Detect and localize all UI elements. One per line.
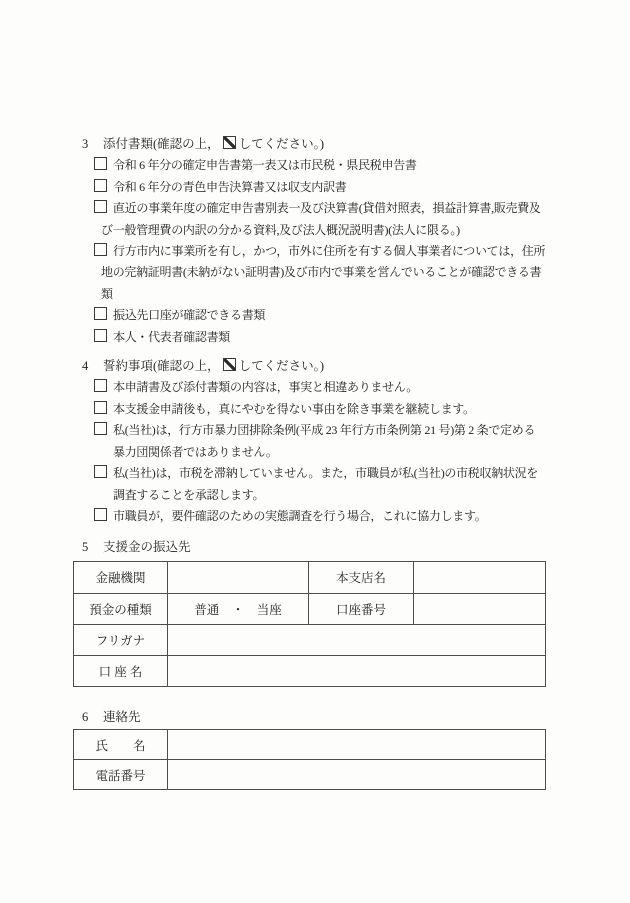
section-attachments: 3添付書類(確認の上，してください。) 令和 6 年分の確定申告書第一表又は市民… bbox=[0, 134, 630, 348]
attachment-item-certificate: 行方市内に事業所を有し，かつ，市外に住所を有する個人事業者については，住所 地の… bbox=[94, 241, 560, 305]
checkbox-icon[interactable] bbox=[94, 157, 107, 170]
attachment-item-bank-account-proof: 振込先口座が確認できる書類 bbox=[94, 305, 560, 326]
checkbox-icon[interactable] bbox=[94, 243, 107, 256]
section-number: 4 bbox=[82, 356, 103, 377]
phone-number-cell[interactable] bbox=[168, 760, 546, 790]
check-item-label: 振込先口座が確認できる書類 bbox=[113, 308, 265, 322]
checked-checkbox-icon bbox=[223, 358, 236, 371]
checkbox-icon[interactable] bbox=[94, 422, 107, 435]
section-title-pre: 添付書類(確認の上， bbox=[103, 137, 220, 151]
attachment-item-corporate-statements: 直近の事業年度の確定申告書別表一及び決算書(貸借対照表，損益計算書,販売費及 び… bbox=[94, 198, 560, 241]
table-row: 口 座 名 bbox=[74, 655, 546, 686]
check-item-label: 本人・代表者確認書類 bbox=[113, 330, 230, 344]
account-name-cell[interactable] bbox=[168, 655, 546, 686]
section-number: 5 bbox=[82, 537, 103, 558]
table-row: 金融機関 本支店名 bbox=[74, 561, 546, 593]
check-item-label: 行方市内に事業所を有し，かつ，市外に住所を有する個人事業者については，住所 地の… bbox=[101, 244, 545, 301]
pledge-item-no-tax-delinquency: 私(当社)は，市税を滞納していません。また，市職員が私(当社)の市税収納状況を … bbox=[94, 463, 560, 506]
document-page: 3添付書類(確認の上，してください。) 令和 6 年分の確定申告書第一表又は市民… bbox=[0, 0, 630, 903]
contact-table: 氏 名 電話番号 bbox=[73, 729, 546, 790]
branch-name-label: 本支店名 bbox=[309, 561, 414, 593]
table-row: 電話番号 bbox=[74, 760, 546, 790]
branch-name-cell[interactable] bbox=[414, 561, 546, 593]
check-item-label: 私(当社)は，行方市暴力団排除条例(平成 23 年行方市条例第 21 号)第 2… bbox=[113, 423, 535, 458]
check-item-label: 本支援金申請後も，真にやむを得ない事由を除き事業を継続します。 bbox=[113, 402, 475, 416]
deposit-type-options-cell[interactable]: 普通 ・ 当座 bbox=[168, 593, 309, 624]
check-item-label: 令和 6 年分の確定申告書第一表又は市民税・県民税申告書 bbox=[113, 158, 417, 172]
section-number: 6 bbox=[82, 707, 103, 728]
account-name-label: 口 座 名 bbox=[74, 655, 168, 686]
section-attachments-heading: 3添付書類(確認の上，してください。) bbox=[82, 134, 630, 155]
section-title: 支援金の振込先 bbox=[103, 540, 191, 554]
attachment-item-identity-proof: 本人・代表者確認書類 bbox=[94, 327, 560, 348]
bank-transfer-table: 金融機関 本支店名 預金の種類 普通 ・ 当座 口座番号 フリガナ 口 座 名 bbox=[73, 561, 546, 687]
attachment-item-blue-return: 令和 6 年分の青色申告決算書又は収支内訳書 bbox=[94, 177, 560, 198]
phone-number-label: 電話番号 bbox=[74, 760, 168, 790]
checkbox-icon[interactable] bbox=[94, 307, 107, 320]
pledge-item-inspection-cooperation: 市職員が，要件確認のための実態調査を行う場合，これに協力します。 bbox=[94, 506, 560, 527]
table-row: 預金の種類 普通 ・ 当座 口座番号 bbox=[74, 593, 546, 624]
section-number: 3 bbox=[82, 134, 103, 155]
checkbox-icon[interactable] bbox=[94, 508, 107, 521]
account-number-cell[interactable] bbox=[414, 593, 546, 624]
checkbox-icon[interactable] bbox=[94, 465, 107, 478]
section-pledges: 4誓約事項(確認の上，してください。) 本申請書及び添付書類の内容は，事実と相違… bbox=[0, 356, 630, 527]
furigana-cell[interactable] bbox=[168, 624, 546, 655]
checkbox-icon[interactable] bbox=[94, 401, 107, 414]
check-item-label: 私(当社)は，市税を滞納していません。また，市職員が私(当社)の市税収納状況を … bbox=[113, 466, 538, 501]
check-item-label: 令和 6 年分の青色申告決算書又は収支内訳書 bbox=[113, 180, 346, 194]
attachment-item-tax-return: 令和 6 年分の確定申告書第一表又は市民税・県民税申告書 bbox=[94, 155, 560, 176]
section-pledges-heading: 4誓約事項(確認の上，してください。) bbox=[82, 356, 630, 377]
pledge-item-truthfulness: 本申請書及び添付書類の内容は，事実と相違ありません。 bbox=[94, 377, 560, 398]
section-bank-transfer-heading: 5支援金の振込先 bbox=[82, 537, 630, 558]
checked-checkbox-icon bbox=[223, 136, 236, 149]
section-title-post: してください。) bbox=[239, 359, 324, 373]
checkbox-icon[interactable] bbox=[94, 329, 107, 342]
section-title-pre: 誓約事項(確認の上， bbox=[103, 359, 220, 373]
section-title: 連絡先 bbox=[103, 710, 141, 724]
pledge-item-antigang: 私(当社)は，行方市暴力団排除条例(平成 23 年行方市条例第 21 号)第 2… bbox=[94, 420, 560, 463]
section-contact: 6連絡先 氏 名 電話番号 bbox=[0, 707, 630, 790]
table-row: フリガナ bbox=[74, 624, 546, 655]
pledge-item-business-continuation: 本支援金申請後も，真にやむを得ない事由を除き事業を継続します。 bbox=[94, 399, 560, 420]
check-item-label: 市職員が，要件確認のための実態調査を行う場合，これに協力します。 bbox=[113, 509, 486, 523]
section-title-post: してください。) bbox=[239, 137, 324, 151]
check-item-label: 本申請書及び添付書類の内容は，事実と相違ありません。 bbox=[113, 380, 418, 394]
deposit-type-label: 預金の種類 bbox=[74, 593, 168, 624]
checkbox-icon[interactable] bbox=[94, 179, 107, 192]
check-item-label: 直近の事業年度の確定申告書別表一及び決算書(貸借対照表，損益計算書,販売費及 び… bbox=[101, 201, 541, 236]
section-bank-transfer: 5支援金の振込先 金融機関 本支店名 預金の種類 普通 ・ 当座 口座番号 フリ… bbox=[0, 537, 630, 686]
checkbox-icon[interactable] bbox=[94, 379, 107, 392]
contact-name-label: 氏 名 bbox=[74, 730, 168, 760]
account-number-label: 口座番号 bbox=[309, 593, 414, 624]
table-row: 氏 名 bbox=[74, 730, 546, 760]
checkbox-icon[interactable] bbox=[94, 200, 107, 213]
financial-institution-cell[interactable] bbox=[168, 561, 309, 593]
furigana-label: フリガナ bbox=[74, 624, 168, 655]
section-contact-heading: 6連絡先 bbox=[82, 707, 630, 728]
financial-institution-label: 金融機関 bbox=[74, 561, 168, 593]
contact-name-cell[interactable] bbox=[168, 730, 546, 760]
